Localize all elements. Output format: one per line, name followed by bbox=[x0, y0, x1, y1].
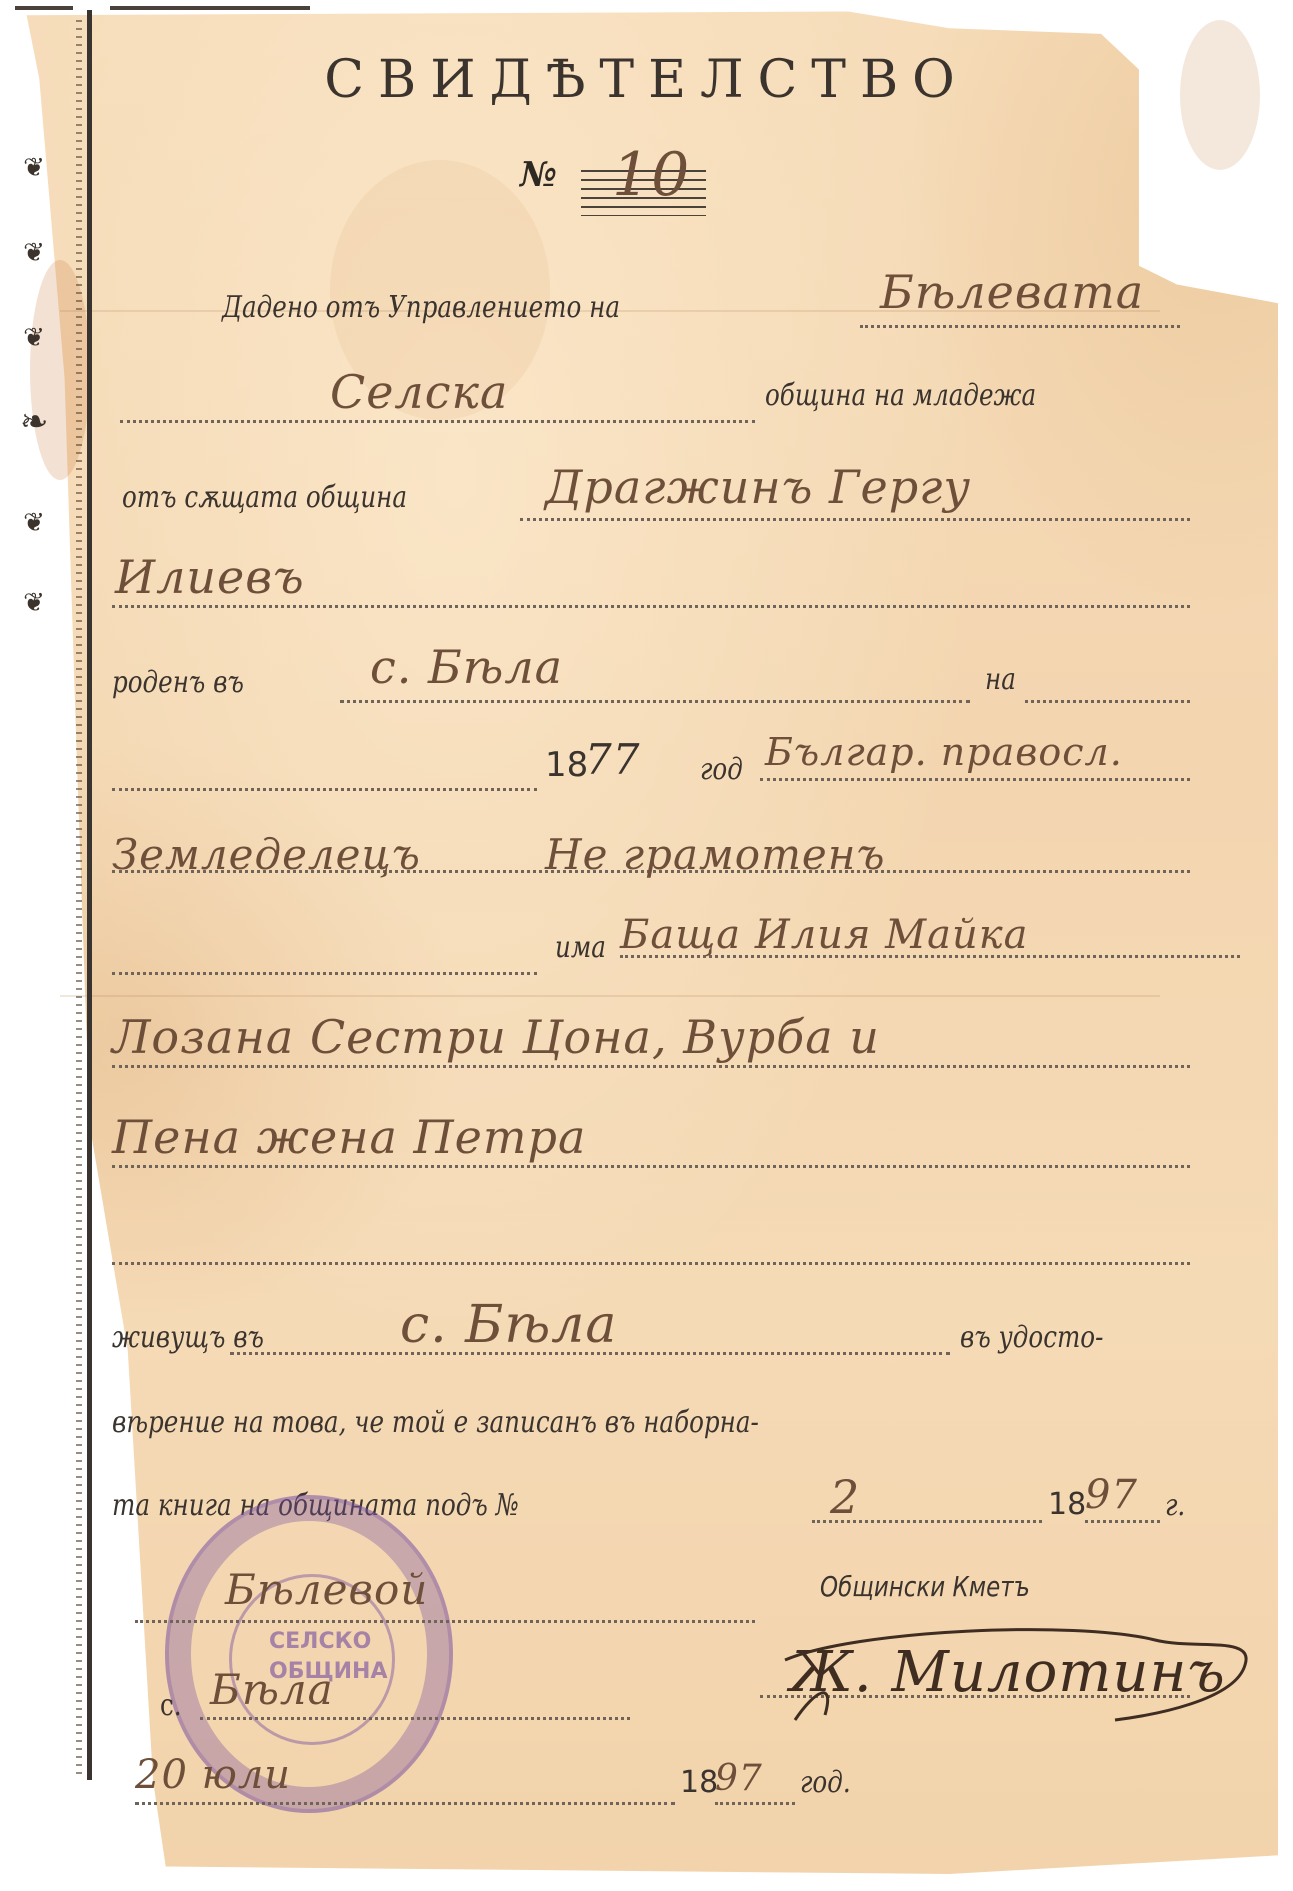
village-value: Бѣла bbox=[210, 1665, 334, 1714]
number-label: № bbox=[520, 155, 557, 195]
issued-by-field bbox=[860, 325, 1180, 328]
date-value: 20 юли bbox=[135, 1752, 291, 1798]
register-year-suffix: г. bbox=[1165, 1488, 1185, 1523]
ornament-icon: ❦ bbox=[20, 240, 48, 266]
mayor-title: Общински Кметъ bbox=[820, 1570, 1030, 1603]
certify-text-1: въ удосто- bbox=[960, 1320, 1103, 1355]
municipality-type-field bbox=[120, 420, 755, 423]
living-in-label: живущъ въ bbox=[112, 1320, 264, 1355]
top-border-rule bbox=[110, 6, 310, 10]
margin-perforation bbox=[76, 20, 82, 1780]
register-year-value: 97 bbox=[1085, 1472, 1138, 1518]
family-leading-field bbox=[112, 972, 537, 975]
ornament-icon: ❧ bbox=[20, 405, 48, 439]
stamp-center-text: СЕЛСКО bbox=[269, 1629, 371, 1654]
born-on-label: на bbox=[985, 662, 1016, 697]
family-field-3 bbox=[112, 1165, 1190, 1168]
nationality-field bbox=[760, 778, 1190, 781]
place-value: Бѣлевой bbox=[225, 1565, 428, 1614]
family-value-1: Баща Илия Майка bbox=[620, 912, 1028, 958]
date-year-suffix: год. bbox=[800, 1765, 851, 1800]
margin-rule bbox=[87, 10, 92, 1780]
issued-by-label: Дадено отъ Управлението на bbox=[222, 290, 620, 325]
family-value-3: Пена жена Петра bbox=[112, 1110, 586, 1164]
born-in-label: роденъ въ bbox=[112, 665, 244, 700]
ornament-icon: ❦ bbox=[20, 510, 48, 536]
name-value-2: Илиевъ bbox=[115, 550, 305, 604]
ornament-icon: ❦ bbox=[20, 325, 48, 351]
register-number-value: 2 bbox=[830, 1470, 860, 1524]
occupation-value: Земледелецъ bbox=[112, 830, 421, 879]
register-year-field bbox=[1085, 1520, 1160, 1523]
year-label: год bbox=[700, 752, 743, 787]
nationality-value: Българ. правосл. bbox=[765, 730, 1123, 774]
date-field bbox=[135, 1802, 675, 1805]
name-value-1: Драгжинъ Гергу bbox=[545, 460, 971, 514]
birth-year-digits: 77 bbox=[585, 735, 640, 784]
place-field bbox=[135, 1620, 755, 1623]
certificate-number: 10 bbox=[612, 140, 690, 210]
register-year-prefix: 18 bbox=[1048, 1487, 1086, 1522]
fold-line bbox=[60, 995, 1160, 997]
living-place-value: с. Бѣла bbox=[400, 1295, 617, 1355]
date-year-value: 97 bbox=[715, 1758, 763, 1799]
blank-field bbox=[112, 1262, 1190, 1265]
ornament-icon: ❦ bbox=[20, 590, 48, 616]
family-field-2 bbox=[112, 1065, 1190, 1068]
date-year-prefix: 18 bbox=[680, 1765, 718, 1800]
born-place-value: с. Бѣла bbox=[370, 640, 563, 694]
birth-year-leading-field bbox=[112, 788, 537, 791]
municipality-type-value: Селска bbox=[330, 365, 508, 419]
name-field-2 bbox=[112, 605, 1190, 608]
family-value-2: Лозана Сестри Цона, Вурба и bbox=[112, 1010, 880, 1064]
has-label: има bbox=[555, 930, 606, 965]
top-border-rule bbox=[15, 6, 73, 10]
born-on-field bbox=[1025, 700, 1190, 703]
signature-flourish-icon bbox=[775, 1620, 1275, 1740]
date-year-field bbox=[715, 1802, 795, 1805]
ornament-icon: ❦ bbox=[20, 155, 48, 181]
literacy-value: Не грамотенъ bbox=[545, 830, 885, 879]
certify-text-2: вѣрение на това, че той е записанъ въ на… bbox=[112, 1405, 759, 1440]
municipality-suffix: община на младежа bbox=[765, 378, 1036, 413]
issued-by-value: Бѣлевата bbox=[880, 265, 1144, 319]
document-title: СВИДѢТЕЛСТВО bbox=[0, 50, 1293, 110]
born-place-field bbox=[340, 700, 970, 703]
same-municipality-label: отъ сѫщата община bbox=[122, 480, 407, 515]
village-label: с. bbox=[160, 1688, 182, 1723]
name-field-1 bbox=[520, 518, 1190, 521]
village-field bbox=[200, 1717, 630, 1720]
